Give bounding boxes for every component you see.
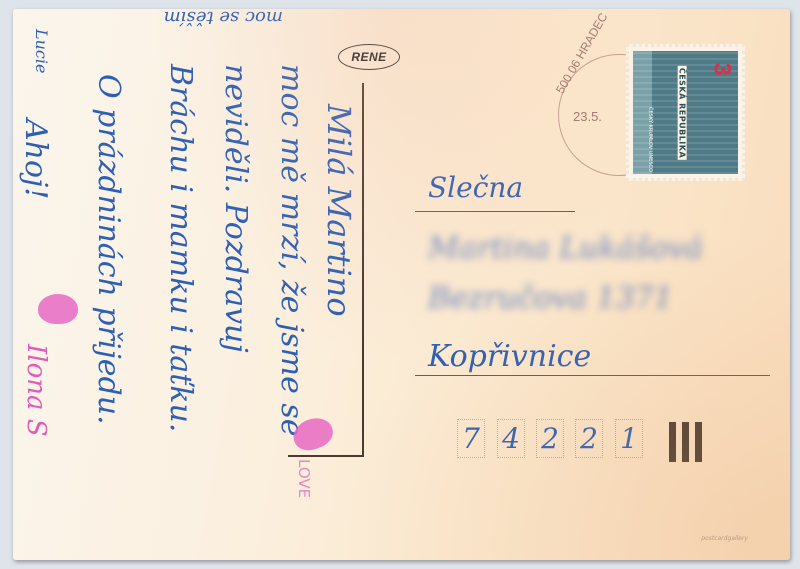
address-line-4 bbox=[415, 375, 770, 376]
message-line-2: moc mě mrzí, že jsme se bbox=[274, 64, 309, 437]
message-line-5: O prázdninách přijedu. bbox=[91, 74, 126, 425]
top-overflow-text: moc se těším bbox=[123, 9, 283, 28]
address-line-1 bbox=[415, 211, 575, 212]
postcard: moc se těším Lucie Ahoj! Ilona S O prázd… bbox=[13, 9, 790, 560]
message-line-4: Bráchu i mamku i taťku. bbox=[163, 64, 198, 432]
love-label: LOVE bbox=[295, 459, 313, 498]
postal-code-digit: 4 bbox=[497, 419, 525, 458]
greeting-ahoj: Ahoj! bbox=[18, 119, 53, 199]
postal-code-digit: 1 bbox=[615, 419, 643, 458]
postmark-date: 23.5. bbox=[573, 109, 602, 124]
stamp-value: 3 bbox=[707, 62, 735, 75]
watermark: postcardgallery bbox=[701, 535, 748, 542]
postal-code-digit: 7 bbox=[457, 419, 485, 458]
pink-note: Ilona S bbox=[21, 344, 51, 437]
message-line-3: neviděli. Pozdravuj bbox=[218, 64, 253, 353]
postal-bar bbox=[695, 422, 702, 462]
stamp-country: ČESKÁ REPUBLIKA bbox=[678, 65, 687, 159]
brand-logo: RENE bbox=[338, 44, 400, 70]
divider-vertical bbox=[362, 83, 364, 456]
heart-drawing-left bbox=[38, 294, 78, 324]
message-line-1: Milá Martino bbox=[320, 104, 358, 317]
signature-lucie: Lucie bbox=[32, 29, 51, 73]
stamp-subject: ČESKÝ KRUMLOV UNESCO bbox=[647, 107, 653, 172]
postage-stamp: ČESKÁ REPUBLIKA 3 ČESKÝ KRUMLOV UNESCO bbox=[626, 44, 745, 181]
address-name-redacted: Martina Lukášová bbox=[428, 231, 703, 266]
postal-code-digit: 2 bbox=[536, 419, 564, 458]
postal-bar bbox=[682, 422, 689, 462]
address-city: Kopřivnice bbox=[428, 339, 591, 374]
postal-bar bbox=[669, 422, 676, 462]
address-street-redacted: Bezručova 1371 bbox=[428, 281, 673, 316]
postal-code-digit: 2 bbox=[575, 419, 603, 458]
divider-horizontal bbox=[288, 455, 364, 457]
address-salutation: Slečna bbox=[428, 171, 523, 204]
